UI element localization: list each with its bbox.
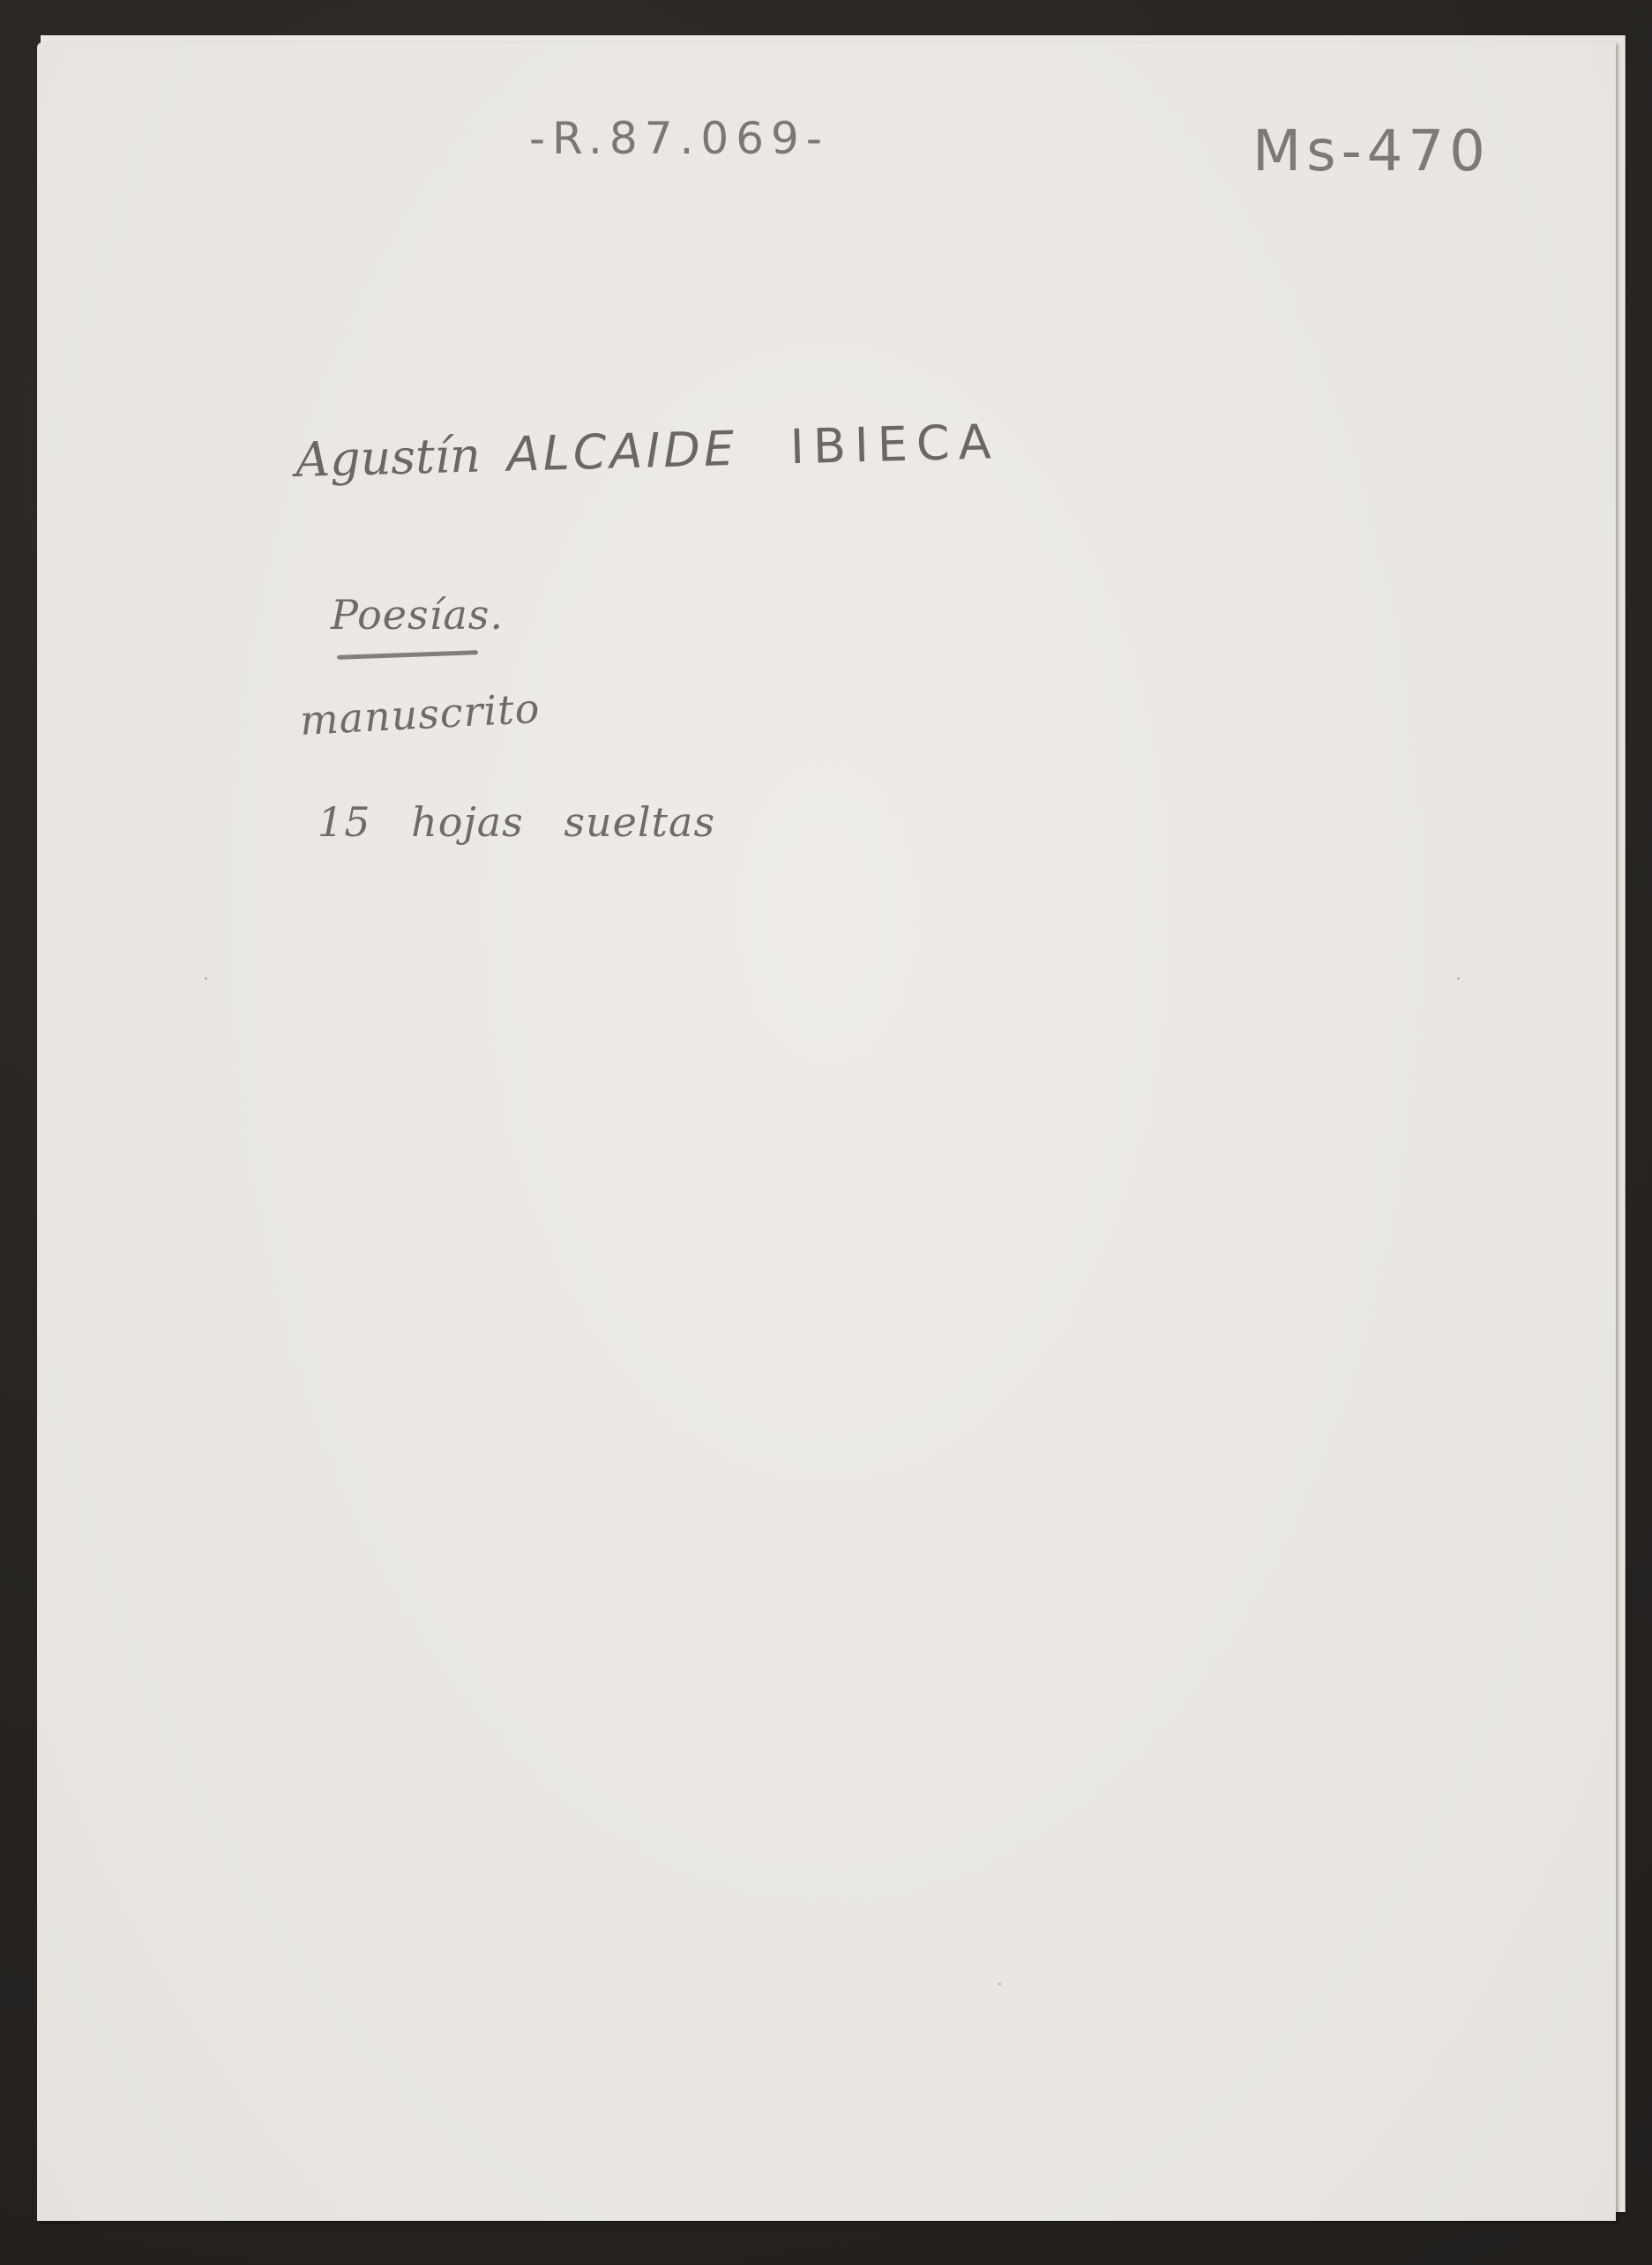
author-surname-2: IBIECA [789, 414, 1000, 475]
author-surname-1: ALCAIDE [506, 421, 738, 482]
work-extent: 15 hojas sueltas [318, 798, 715, 846]
author-given-name: Agustín [295, 428, 481, 488]
folder-cover-sheet [37, 42, 1616, 2221]
reference-number: -R.87.069- [529, 113, 829, 164]
paper-speck [998, 1983, 1001, 1985]
paper-speck [205, 977, 207, 980]
work-title: Poesías. [331, 591, 504, 639]
manuscript-number: Ms-470 [1252, 119, 1491, 184]
paper-speck [1457, 977, 1460, 980]
